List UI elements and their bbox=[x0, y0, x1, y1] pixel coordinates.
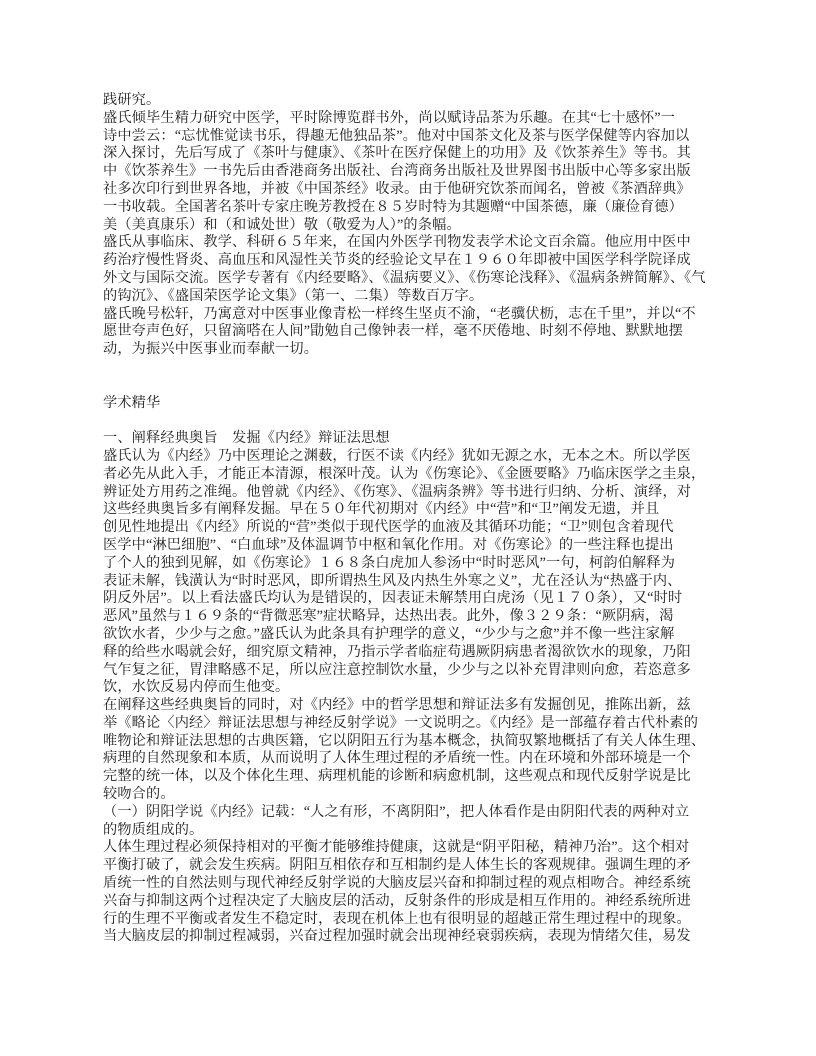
text-line: 药治疗慢性肾炎、高血压和风湿性关节炎的经验论文早在１９６０年即被中国医学科学院译… bbox=[103, 252, 717, 270]
text-line: 举《略论〈内经〉辩证法思想与神经反射学说》一文说明之。《内经》是一部蕴存着古代朴… bbox=[103, 715, 717, 733]
text-line: 气乍复之征，胃津略感不足，所以应注意控制饮水量，少少与之以补充胃津则向愈，若恣意… bbox=[103, 662, 717, 680]
text-line: 人体生理过程必须保持相对的平衡才能够维持健康，这就是“阴平阳秘，精神乃治”。这个… bbox=[103, 839, 717, 857]
text-line: 美（美真康乐）和（和诚处世）敬（敬爱为人）”的条幅。 bbox=[103, 217, 717, 235]
text-line: 深入探讨，先后写成了《茶叶与健康》、《茶叶在医疗保健上的功用》及《饮茶养生》等书… bbox=[103, 145, 717, 163]
text-line: 释的给些水喝就会好，细究原文精神，乃指示学者临症苟遇厥阴病患者渴欲饮水的现象，乃… bbox=[103, 644, 717, 662]
text-line: 行的生理不平衡或者发生不稳定时，表现在机体上也有很明显的超越正常生理过程中的现象… bbox=[103, 911, 717, 929]
text-line: 了个人的独到见解，如《伤寒论》１６８条白虎加人参汤中“时时恶风”一句，柯韵伯解释… bbox=[103, 555, 717, 573]
document-page: 践研究。盛氏倾毕生精力研究中医学，平时除博览群书外，尚以赋诗品茶为乐趣。在其“七… bbox=[0, 0, 816, 1056]
blank-line bbox=[103, 412, 717, 430]
text-line: 动，为振兴中医事业而奉献一切。 bbox=[103, 341, 717, 359]
text-line: 在阐释这些经典奥旨的同时，对《内经》中的哲学思想和辩证法多有发掘创见，推陈出新，… bbox=[103, 697, 717, 715]
text-line: 阴反外居”。以上看法盛氏均认为是错误的，因表证未解禁用白虎汤（见１７０条），又“… bbox=[103, 590, 717, 608]
text-line: 诗中尝云：“忘忧惟觉读书乐，得趣无他独品茶”。他对中国茶文化及茶与医学保健等内容… bbox=[103, 128, 717, 146]
text-line: 医学中“淋巴细胞”、“白血球”及体温调节中枢和氧化作用。对《伤寒论》的一些注释也… bbox=[103, 537, 717, 555]
text-line: 中《饮茶养生》一书先后由香港商务出版社、台湾商务出版社及世界图书出版中心等多家出… bbox=[103, 163, 717, 181]
text-line: 完整的统一体，以及个体化生理、病理机能的诊断和病愈机制，这些观点和现代反射学说是… bbox=[103, 768, 717, 786]
subsection-heading: 一、阐释经典奥旨 发掘《内经》辩证法思想 bbox=[103, 430, 717, 448]
text-line: 唯物论和辩证法思想的古典医籍，它以阴阳五行为基本概念，执简驭繁地概括了有关人体生… bbox=[103, 733, 717, 751]
body-paragraphs: 盛氏认为《内经》乃中医理论之渊薮，行医不读《内经》犹如无源之水，无本之木。所以学… bbox=[103, 448, 717, 946]
text-line: 践研究。 bbox=[103, 92, 717, 110]
text-line: 盛氏倾毕生精力研究中医学，平时除博览群书外，尚以赋诗品茶为乐趣。在其“七十感怀”… bbox=[103, 110, 717, 128]
text-line: 兴奋与抑制这两个过程决定了大脑皮层的活动，反射条件的形成是相互作用的。神经系统所… bbox=[103, 893, 717, 911]
text-line: 欲饮水者，少少与之愈。”盛氏认为此条具有护理学的意义，“少少与之愈”并不像一些注… bbox=[103, 626, 717, 644]
section-heading: 学术精华 bbox=[103, 395, 717, 413]
text-line: 一书收载。全国著名茶叶专家庄晚芳教授在８５岁时特为其题赠“中国茶德，廉（廉俭育德… bbox=[103, 199, 717, 217]
text-line: 盛氏认为《内经》乃中医理论之渊薮，行医不读《内经》犹如无源之水，无本之木。所以学… bbox=[103, 448, 717, 466]
text-line: 辨证处方用药之准绳。他曾就《内经》、《伤寒》、《温病条辨》等书进行归纳、分析、演… bbox=[103, 484, 717, 502]
text-line: 外文与国际交流。医学专著有《内经要略》、《温病要义》、《伤寒论浅释》、《温病条辨… bbox=[103, 270, 717, 288]
text-line: （一）阴阳学说《内经》记载：“人之有形，不离阴阳”，把人体看作是由阴阳代表的两种… bbox=[103, 804, 717, 822]
text-line: 愿世夸声色好，只留滴嗒在人间”勖勉自己像钟表一样，毫不厌倦地、时刻不停地、默默地… bbox=[103, 323, 717, 341]
page-text: 践研究。盛氏倾毕生精力研究中医学，平时除博览群书外，尚以赋诗品茶为乐趣。在其“七… bbox=[103, 92, 717, 946]
text-line: 的物质组成的。 bbox=[103, 822, 717, 840]
blank-line bbox=[103, 359, 717, 377]
text-line: 恶风”虽然与１６９条的“背微恶寒”症状略异，达热出表。此外，像３２９条：“厥阴病… bbox=[103, 608, 717, 626]
text-line: 盾统一性的自然法则与现代神经反射学说的大脑皮层兴奋和抑制过程的观点相吻合。神经系… bbox=[103, 875, 717, 893]
text-line: 社多次印行到世界各地，并被《中国茶经》收录。由于他研究饮茶而闻名，曾被《茶酒辞典… bbox=[103, 181, 717, 199]
text-line: 较吻合的。 bbox=[103, 786, 717, 804]
text-line: 当大脑皮层的抑制过程减弱，兴奋过程加强时就会出现神经衰弱疾病，表现为情绪欠佳，易… bbox=[103, 928, 717, 946]
intro-paragraph: 践研究。盛氏倾毕生精力研究中医学，平时除博览群书外，尚以赋诗品茶为乐趣。在其“七… bbox=[103, 92, 717, 359]
text-line: 者必先从此入手，才能正本清源，根深叶茂。认为《伤寒论》、《金匮要略》乃临床医学之… bbox=[103, 466, 717, 484]
text-line: 盛氏从事临床、教学、科研６５年来，在国内外医学刊物发表学术论文百余篇。他应用中医… bbox=[103, 234, 717, 252]
blank-line bbox=[103, 377, 717, 395]
text-line: 饮，水饮反易内停而生他变。 bbox=[103, 679, 717, 697]
text-line: 的钩沉》、《盛国荣医学论文集》（第一、二集）等数百万字。 bbox=[103, 288, 717, 306]
text-line: 表证未解，钱潢认为“时时恶风，即所谓热生风及内热生外寒之义”，尤在泾认为“热盛于… bbox=[103, 573, 717, 591]
text-line: 平衡打破了，就会发生疾病。阴阳互相依存和互相制约是人体生长的客观规律。强调生理的… bbox=[103, 857, 717, 875]
text-line: 病理的自然现象和本质，从而说明了人体生理过程的矛盾统一性。内在环境和外部环境是一… bbox=[103, 750, 717, 768]
text-line: 这些经典奥旨多有阐释发掘。早在５０年代初期对《内经》中“营”和“卫”阐发无遗，并… bbox=[103, 501, 717, 519]
text-line: 盛氏晚号松轩，乃寓意对中医事业像青松一样终生坚贞不渝，“老骥伏枥，志在千里”，并… bbox=[103, 306, 717, 324]
text-line: 创见性地提出《内经》所说的“营”类似于现代医学的血液及其循环功能；“卫”则包含着… bbox=[103, 519, 717, 537]
